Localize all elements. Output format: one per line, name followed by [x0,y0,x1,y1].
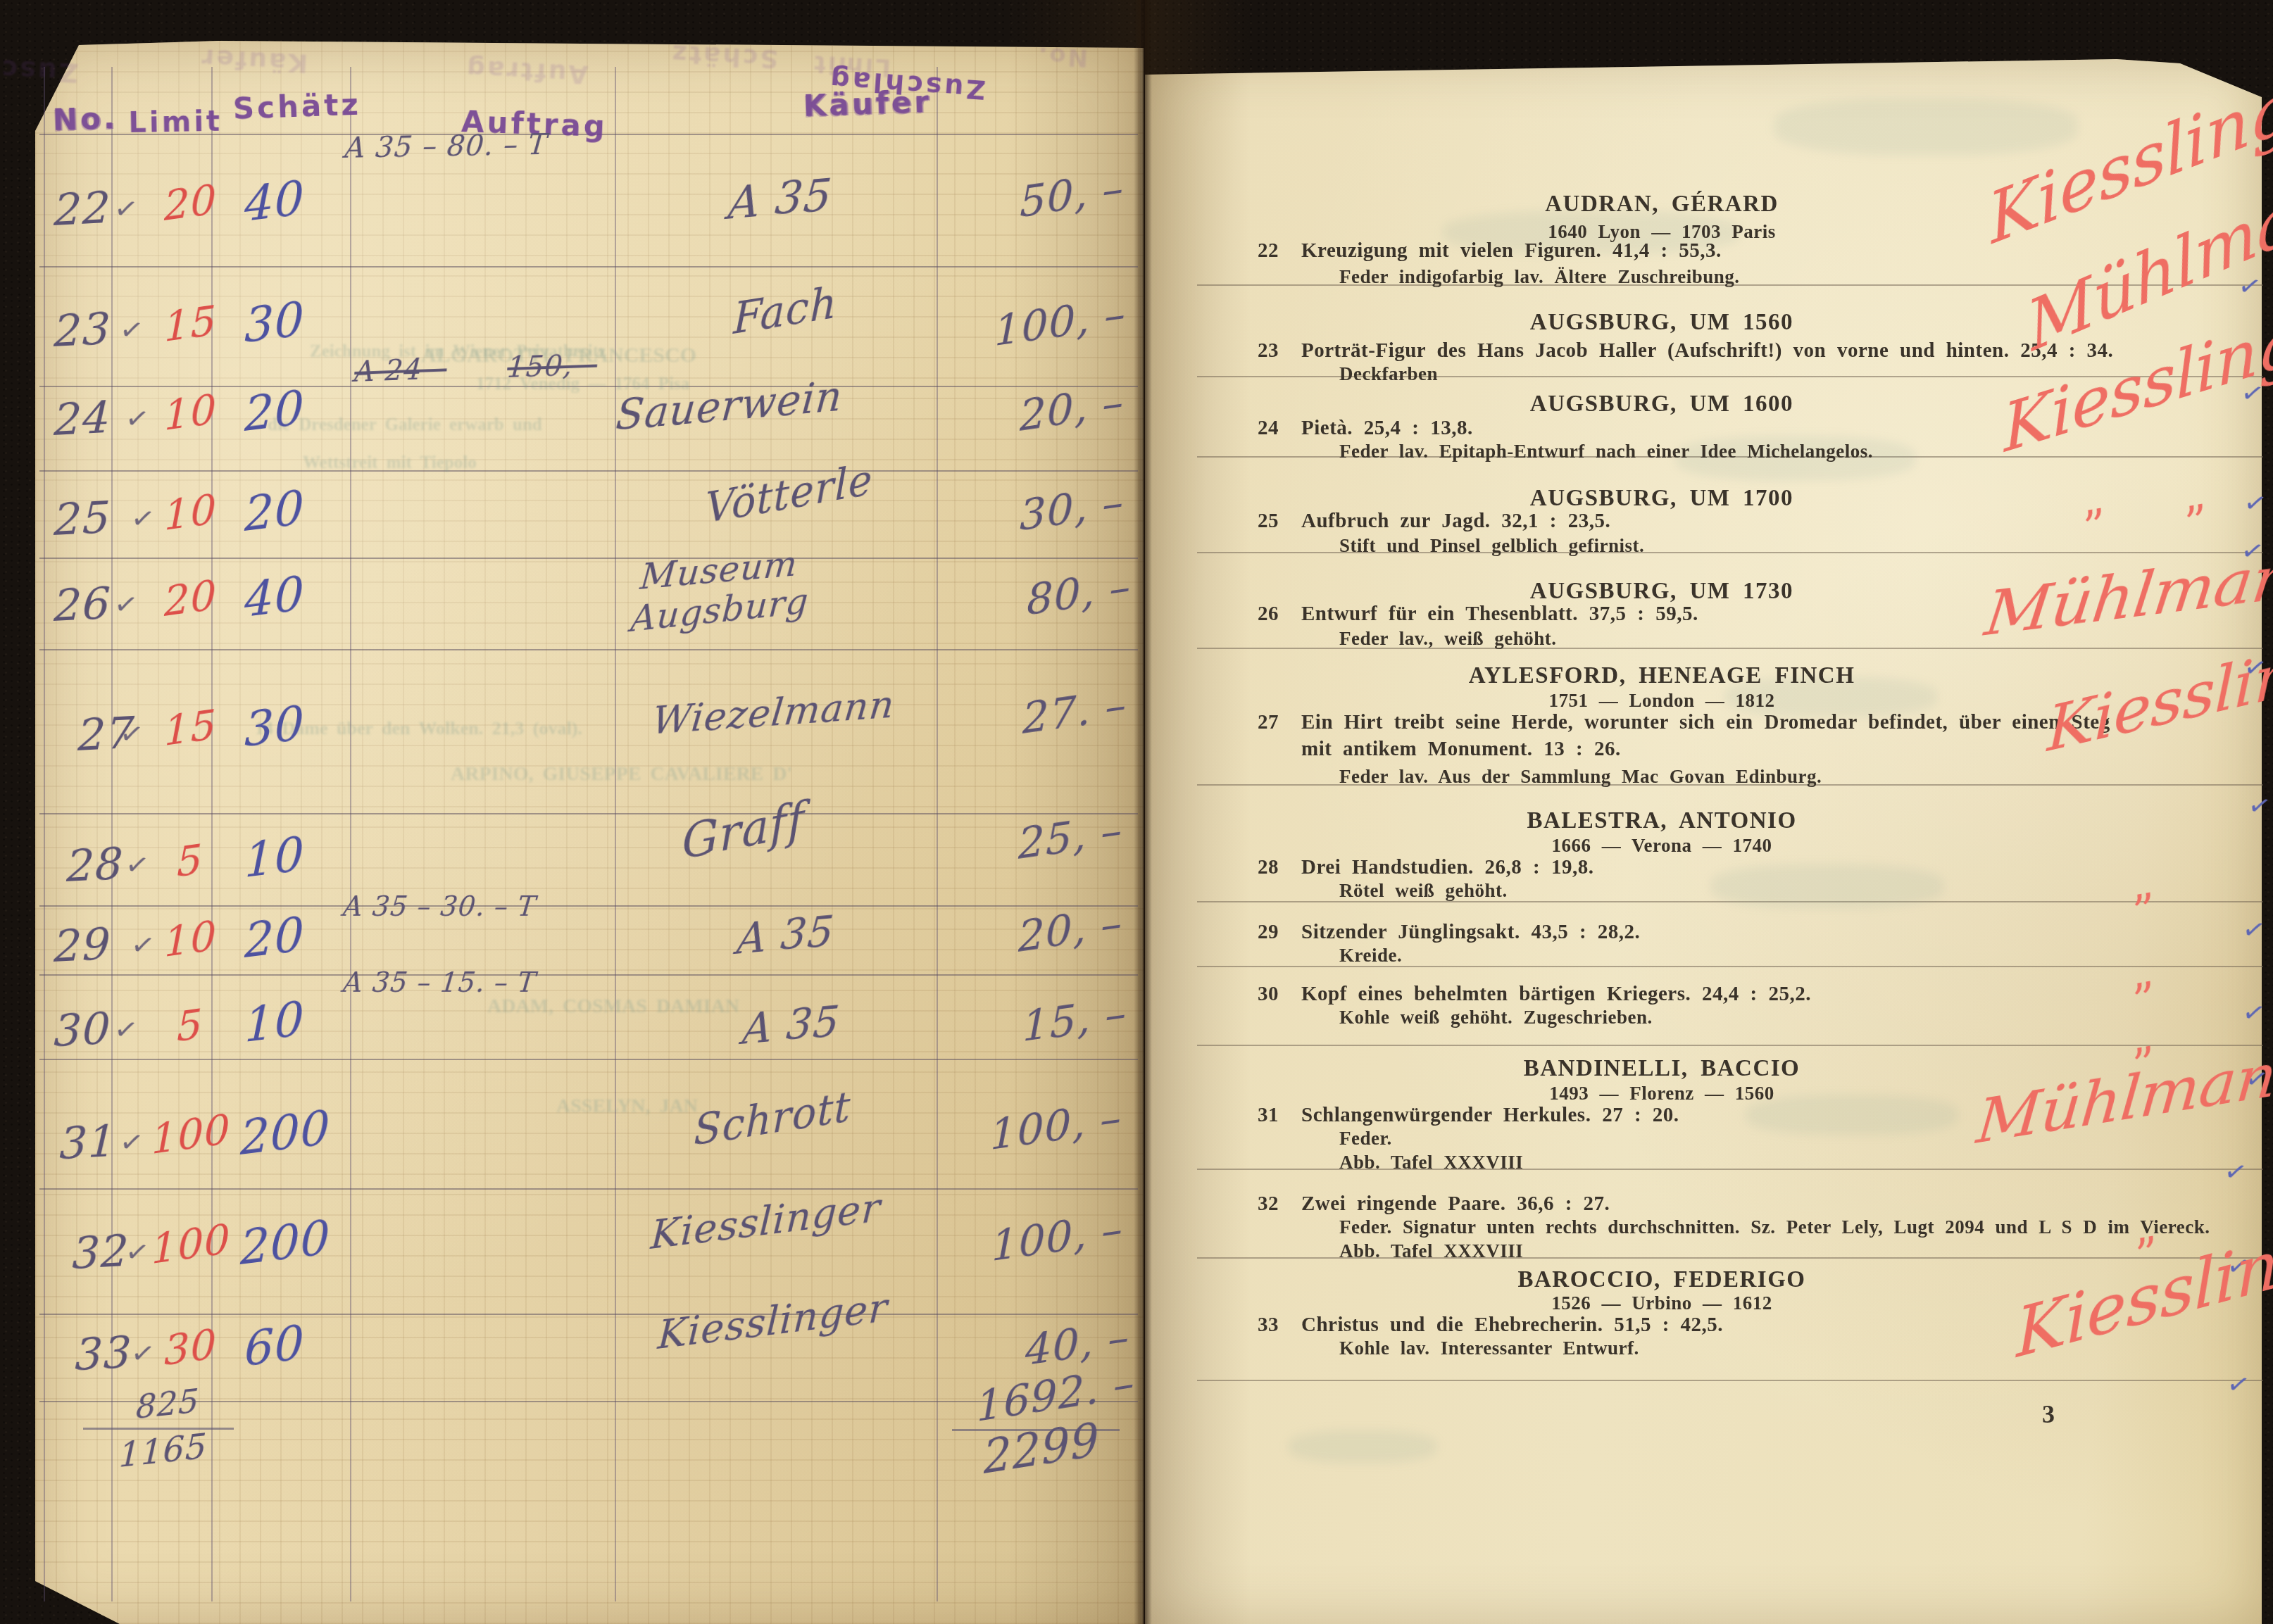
lot-technique-line: Feder indigofarbig lav. Ältere Zuschreib… [1339,266,1740,288]
bleed-smudge [1774,99,2077,155]
ledger-row-line [39,905,1138,907]
row-number: 25 [53,491,111,546]
ghost-stamp: Schätz [670,39,779,73]
lot-title-line: Ein Hirt treibt seine Herde, worunter si… [1301,711,2110,734]
limit-subtotal: 825 [135,1382,200,1427]
ghost-print-line: ADAM, COSMAS DAMIAN [487,995,739,1018]
ghost-stamp: Zuschlag [0,50,79,89]
lot-number: 22 [1258,239,1279,263]
buyer-name: A 35 [735,907,837,964]
estimate-value: 20 [244,480,306,542]
lot-technique-line: Feder. Signatur unten rechts durchschnit… [1339,1216,2210,1238]
bleed-smudge [1289,1430,1436,1463]
lot-technique-line: Feder lav. Epitaph-Entwurf nach einer Id… [1339,441,1873,462]
lot-number: 27 [1258,711,1279,734]
lot-title-line: Aufbruch zur Jagd. 32,1 : 23,5. [1301,510,1610,533]
column-header-stamp: No. [52,101,118,137]
pencil-check-icon: ✓ [123,1235,151,1271]
estimate-value: 30 [244,695,306,757]
pencil-check-icon: ✓ [112,1012,140,1048]
estimate-value: 200 [240,1100,331,1165]
page-number: 3 [2042,1399,2055,1429]
pencil-check-icon: ✓ [118,313,146,348]
pencil-check-icon: ✓ [112,191,140,227]
lot-technique-line: Feder lav. Aus der Sammlung Mac Govan Ed… [1339,766,1822,788]
catalog-scan: ZuschlagKäuferAuftragSchätzLimitNo.ALGAR… [0,0,2273,1624]
lot-title-line: Kreuzigung mit vielen Figuren. 41,4 : 55… [1301,239,1722,263]
row-number: 29 [53,918,111,972]
artist-heading: AUGSBURG, UM 1700 [1197,486,2127,512]
order-note: A 35 – 15. – T [342,967,538,998]
row-number: 31 [58,1115,117,1169]
lot-technique-line: Kohle weiß gehöht. Zugeschrieben. [1339,1007,1653,1028]
ledger-column-line [44,67,45,1601]
ghost-print-line: ARPINO, GIUSEPPE CAVALIERE D' [451,763,792,786]
ledger-column-line [937,67,938,1601]
artist-heading: BAROCCIO, FEDERIGO [1197,1267,2127,1293]
lot-number: 30 [1258,983,1279,1006]
order-note-struck: 150, – [506,349,599,385]
pencil-check-icon: ✓ [129,928,157,964]
lot-number: 29 [1258,921,1279,944]
pencil-check-icon: ✓ [112,587,140,623]
ledger-row-line [39,1314,1138,1315]
ledger-row-line [39,974,1138,976]
limit-value: 15 [164,699,217,755]
pencil-check-icon: ✓ [129,501,157,537]
ghost-print-line: die Dresdener Galerie erwarb und [268,415,542,435]
lot-number: 31 [1258,1104,1279,1127]
artist-heading: AUGSBURG, UM 1560 [1197,310,2127,336]
lot-title-line: Porträt-Figur des Hans Jacob Haller (Auf… [1301,339,2113,363]
ghost-stamp: Käufer [199,43,309,77]
lot-technique-line: Deckfarben [1339,363,1438,385]
ledger-row-line [39,558,1138,559]
lot-technique-line: Kreide. [1339,945,1402,967]
buyer-name: A 35 [741,997,842,1054]
lot-title-line: Drei Handstudien. 26,8 : 19,8. [1301,856,1593,879]
lot-title-line: Sitzender Jünglingsakt. 43,5 : 28,2. [1301,921,1640,944]
column-header-stamp: Limit [128,106,223,139]
estimate-value: 200 [240,1209,331,1275]
estimate-value: 40 [244,566,306,628]
lot-technique-line: Stift und Pinsel gelblich gefirnist. [1339,535,1644,557]
pencil-check-icon: ✓ [118,1125,146,1161]
lot-technique-line: Abb. Tafel XXXVIII [1339,1152,1523,1173]
estimate-value: 10 [244,826,306,888]
order-note: A 35 – 30. – T [342,891,538,922]
lot-number: 24 [1258,417,1279,440]
artist-heading: BALESTRA, ANTONIO [1197,808,2127,834]
limit-value: 10 [164,910,217,966]
estimate-value: 20 [244,380,306,442]
estimate-value: 40 [244,170,306,232]
lot-number: 25 [1258,510,1279,533]
ghost-stamp: No. [1035,41,1089,72]
lot-number: 33 [1258,1314,1279,1337]
catalog-separator-rule [1197,1380,2263,1381]
lot-number: 26 [1258,603,1279,626]
order-note: A 35 – 80. – T [344,129,549,165]
artist-heading: AYLESFORD, HENEAGE FINCH [1197,663,2127,689]
lot-number: 28 [1258,856,1279,879]
lot-title-line: mit antikem Monument. 13 : 26. [1301,738,1621,761]
artist-heading: AUGSBURG, UM 1600 [1197,391,2127,417]
estimate-value: 30 [244,291,306,353]
limit-value: 5 [177,834,203,886]
lot-title-line: Pietà. 25,4 : 13,8. [1301,417,1473,440]
limit-value: 5 [177,999,203,1051]
estimate-value: 20 [244,907,306,969]
row-number: 28 [65,838,124,892]
ledger-row-line [39,470,1138,472]
ghost-print-line: ASSELYN, JAN [556,1095,698,1118]
row-number: 30 [53,1002,111,1057]
lot-title-line: Zwei ringende Paare. 36,6 : 27. [1301,1192,1610,1216]
lot-technique-line: Feder. [1339,1128,1392,1150]
lot-technique-line: Rötel weiß gehöht. [1339,880,1508,902]
limit-value: 20 [164,174,217,229]
artist-heading: BANDINELLI, BACCIO [1197,1056,2127,1082]
limit-value: 15 [164,295,217,351]
row-number: 32 [71,1225,130,1279]
totals-underline [83,1428,234,1430]
artist-dates: 1751 — London — 1812 [1197,690,2127,712]
estimate-value: 10 [244,991,306,1053]
limit-value: 10 [164,384,217,439]
lot-title-line: Kopf eines behelmten bärtigen Kriegers. … [1301,983,1811,1006]
row-number: 23 [53,303,111,357]
row-number: 24 [53,391,111,446]
ghost-print-line: Wettstreit mit Tiepolo [303,453,477,473]
lot-number: 32 [1258,1192,1279,1216]
ledger-column-line [350,67,351,1601]
artist-dates: 1666 — Verona — 1740 [1197,835,2127,857]
limit-value: 10 [164,484,217,539]
lot-technique-line: Abb. Tafel XXXVIII [1339,1240,1523,1262]
limit-value: 20 [164,569,217,625]
artist-dates: 1526 — Urbino — 1612 [1197,1292,2127,1314]
ledger-row-line [39,1059,1138,1060]
pencil-check-icon: ✓ [123,848,151,883]
buyer-name: A 35 [727,168,834,229]
row-number: 26 [53,577,111,631]
ledger-row-line [39,266,1138,267]
ledger-column-line [615,67,616,1601]
pencil-check-icon: ✓ [118,717,146,753]
lot-technique-line: Kohle lav. Interessanter Entwurf. [1339,1337,1639,1359]
pencil-check-icon: ✓ [129,1336,157,1372]
lot-title-line: Schlangenwürgender Herkules. 27 : 20. [1301,1104,1679,1127]
catalog-separator-rule [1197,1045,2263,1046]
lot-title-line: Entwurf für ein Thesenblatt. 37,5 : 59,5… [1301,603,1698,626]
lot-title-line: Christus und die Ehebrecherin. 51,5 : 42… [1301,1314,1723,1337]
estimate-value: 60 [244,1315,306,1377]
limit-value: 30 [164,1318,217,1374]
lot-number: 23 [1258,339,1279,363]
ledger-row-line [39,1188,1138,1190]
pencil-check-icon: ✓ [123,401,151,437]
row-number: 22 [53,182,111,236]
bleed-smudge [1711,864,1943,908]
binding-seam [1134,0,1152,1624]
lot-technique-line: Feder lav., weiß gehöht. [1339,628,1557,650]
column-header-stamp: Schätz [232,87,362,126]
ledger-row-line [39,649,1138,650]
order-note-struck: A 24 – [353,353,448,389]
ledger-row-line [39,813,1138,814]
row-number: 33 [74,1326,132,1380]
ledger-row-line [39,1401,1138,1402]
